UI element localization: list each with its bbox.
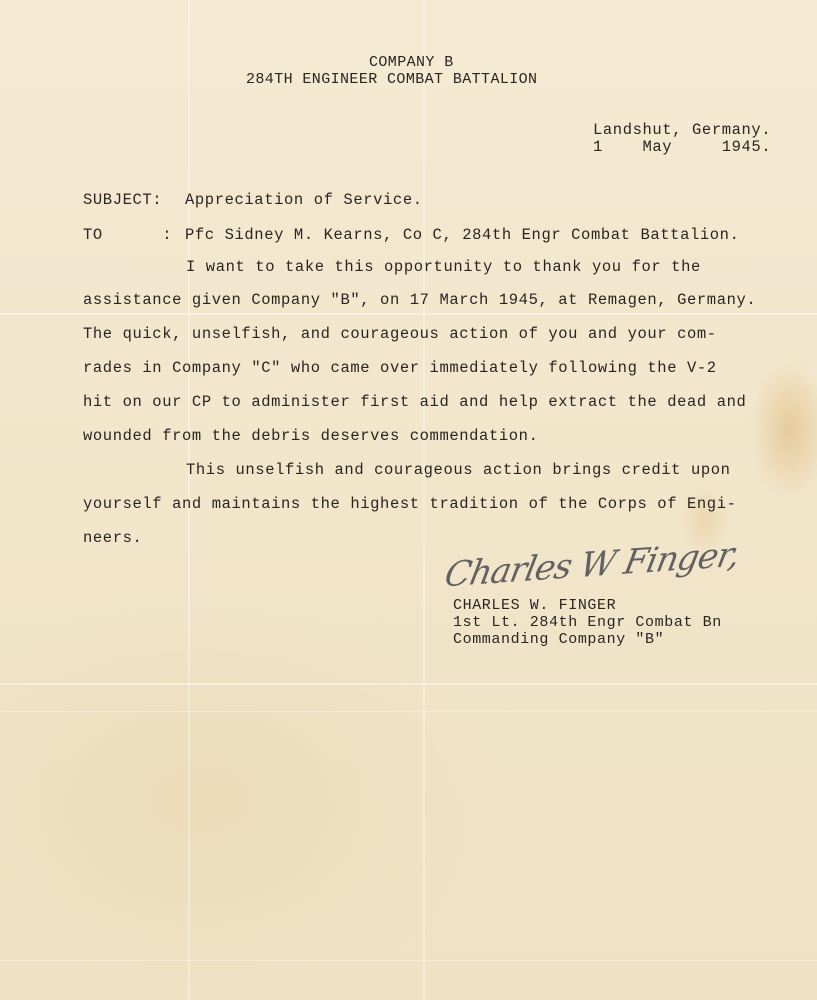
- body-line: yourself and maintains the highest tradi…: [83, 495, 737, 513]
- to-label: TO :: [83, 226, 172, 244]
- fold-line: [0, 683, 817, 686]
- fold-line: [0, 313, 817, 316]
- fold-line: [0, 960, 817, 961]
- letter-page: COMPANY B 284TH ENGINEER COMBAT BATTALIO…: [0, 0, 817, 1000]
- subject-label: SUBJECT:: [83, 191, 162, 209]
- signer-title: Commanding Company "B": [453, 631, 664, 648]
- body-line: wounded from the debris deserves commend…: [83, 427, 538, 445]
- handwritten-signature: Charles W Finger,: [441, 534, 742, 595]
- body-line: assistance given Company "B", on 17 Marc…: [83, 291, 756, 309]
- letterhead-company: COMPANY B: [369, 54, 454, 71]
- subject-value: Appreciation of Service.: [185, 191, 423, 209]
- body-line: The quick, unselfish, and courageous act…: [83, 325, 717, 343]
- to-value: Pfc Sidney M. Kearns, Co C, 284th Engr C…: [185, 226, 739, 244]
- body-line: rades in Company "C" who came over immed…: [83, 359, 717, 377]
- letterhead-battalion: 284TH ENGINEER COMBAT BATTALION: [246, 71, 537, 88]
- fold-line: [0, 711, 817, 712]
- body-line: neers.: [83, 529, 142, 547]
- body-line: This unselfish and courageous action bri…: [186, 461, 731, 479]
- signer-name: CHARLES W. FINGER: [453, 597, 616, 614]
- date: 1 May 1945.: [593, 138, 771, 156]
- place: Landshut, Germany.: [593, 121, 771, 139]
- body-line: hit on our CP to administer first aid an…: [83, 393, 746, 411]
- signer-rank: 1st Lt. 284th Engr Combat Bn: [453, 614, 722, 631]
- body-line: I want to take this opportunity to thank…: [186, 258, 701, 276]
